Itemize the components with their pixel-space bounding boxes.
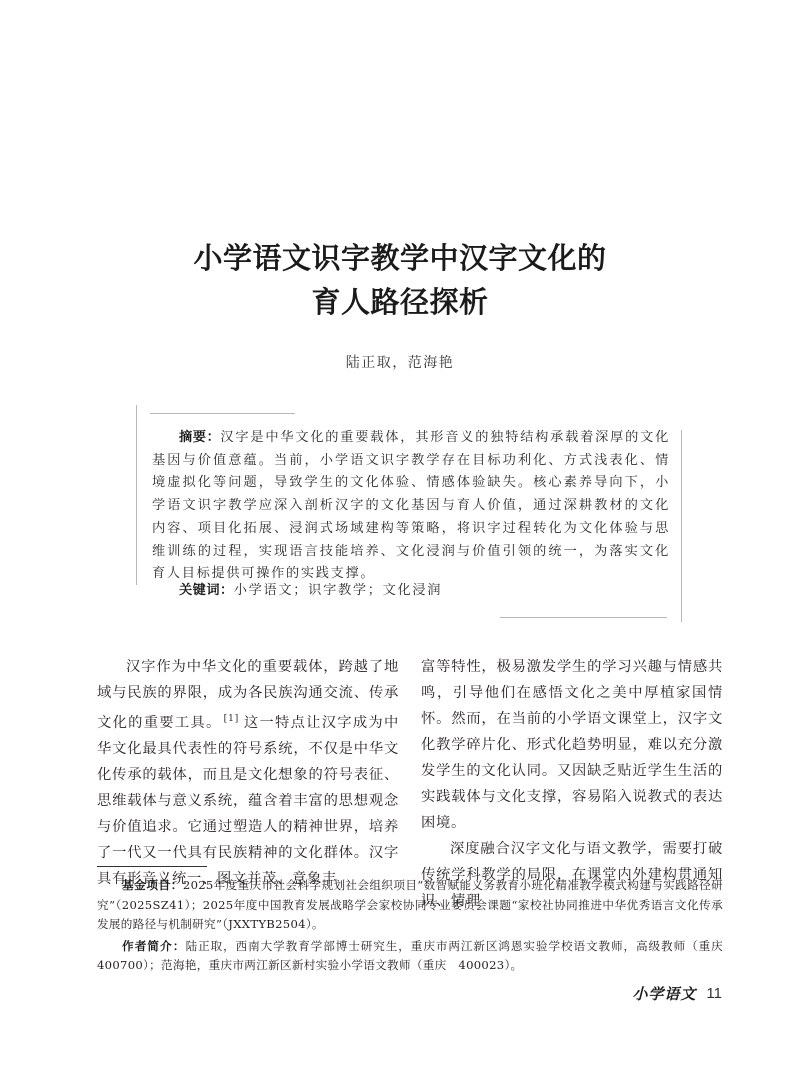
abstract-border-left	[136, 405, 137, 585]
article-authors: 陆正取，范海艳	[0, 352, 800, 372]
abstract: 摘要：汉字是中华文化的重要载体，其形音义的独特结构承载着深厚的文化基因与价值意蕴…	[152, 427, 670, 586]
keywords-text: 小学语文；识字教学；文化浸润	[234, 583, 442, 598]
abstract-rule-bottom	[500, 617, 667, 618]
keywords-label: 关键词：	[179, 583, 234, 598]
journal-name: 小学语文	[632, 983, 696, 1004]
page-footer: 小学语文 11	[632, 983, 722, 1004]
body-paragraph: 汉字作为中华文化的重要载体，跨越了地域与民族的界限，成为各民族沟通交流、传承文化…	[97, 654, 399, 892]
page-number: 11	[706, 985, 722, 1002]
abstract-text: 汉字是中华文化的重要载体，其形音义的独特结构承载着深厚的文化基因与价值意蕴。当前…	[152, 430, 670, 581]
abstract-label: 摘要：	[179, 430, 220, 445]
fund-text: 2025年度重庆市社会科学规划社会组织项目“数智赋能义务教育小班化精准教学模式构…	[97, 878, 723, 931]
abstract-rule-top	[150, 413, 295, 414]
keywords: 关键词：小学语文；识字教学；文化浸润	[179, 580, 442, 602]
body-paragraph: 富等特性，极易激发学生的学习兴趣与情感共鸣，引导他们在感悟文化之美中厚植家国情怀…	[421, 654, 723, 836]
abstract-border-right	[681, 430, 682, 622]
author-bio-label: 作者简介：	[122, 939, 186, 953]
body-column-right: 富等特性，极易激发学生的学习兴趣与情感共鸣，引导他们在感悟文化之美中厚植家国情怀…	[421, 654, 723, 914]
citation-ref[interactable]: [1]	[224, 714, 240, 724]
author-bio-text: 陆正取，西南大学教育学部博士研究生，重庆市两江新区鸿恩实验学校语文教师，高级教师…	[97, 939, 735, 973]
footnote-fund: 基金项目：2025年度重庆市社会科学规划社会组织项目“数智赋能义务教育小班化精准…	[97, 876, 723, 935]
footnote-author: 作者简介：陆正取，西南大学教育学部博士研究生，重庆市两江新区鸿恩实验学校语文教师…	[97, 937, 723, 976]
body-column-left: 汉字作为中华文化的重要载体，跨越了地域与民族的界限，成为各民族沟通交流、传承文化…	[97, 654, 399, 892]
footnote-separator	[97, 866, 207, 867]
fund-label: 基金项目：	[122, 878, 183, 892]
article-title-line-2: 育人路径探析	[0, 280, 800, 324]
footnotes: 基金项目：2025年度重庆市社会科学规划社会组织项目“数智赋能义务教育小班化精准…	[97, 876, 723, 978]
article-title-line-1: 小学语文识字教学中汉字文化的	[0, 236, 800, 280]
body-text: 这一特点让汉字成为中华文化最具代表性的符号系统，不仅是中华文化传承的载体，而且是…	[97, 715, 399, 887]
